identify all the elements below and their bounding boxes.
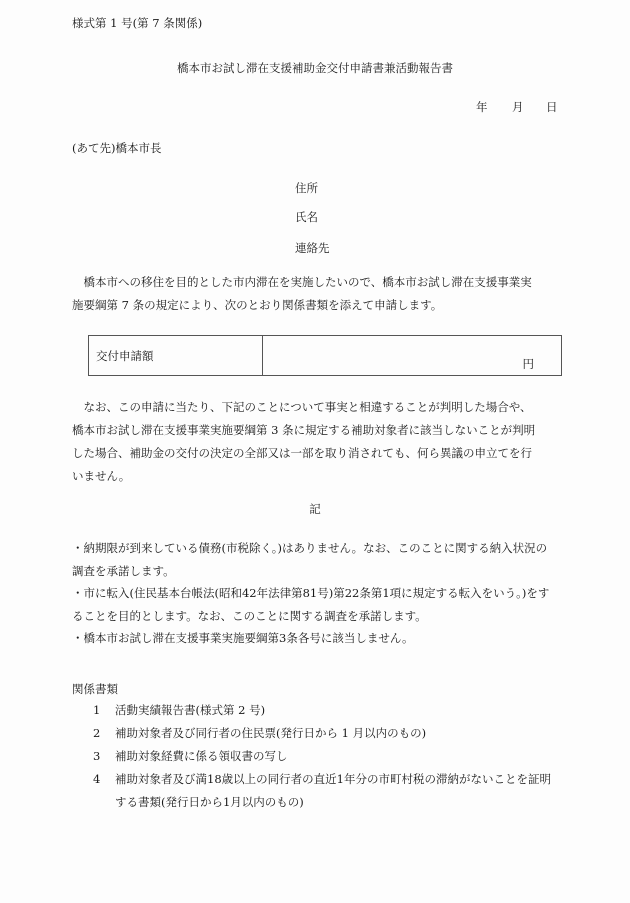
condition-line: ・納期限が到来している債務(市税除く。)はありません。なお、このことに関する納入… — [72, 537, 572, 560]
paragraph-line: 橋本市への移住を目的とした市内滞在を実施したいので、橋本市お試し滞在支援事業実 — [72, 271, 568, 294]
amount-label: 交付申請額 — [89, 336, 263, 375]
document-title: 橋本市お試し滞在支援補助金交付申請書兼活動報告書 — [0, 60, 630, 76]
amount-unit: 円 — [523, 356, 535, 372]
amount-value-field[interactable]: 円 — [263, 336, 561, 375]
item-text: 活動実績報告書(様式第 2 号) — [115, 699, 265, 722]
date-month-label: 月 — [512, 99, 546, 115]
applicant-contact-label: 連絡先 — [295, 240, 330, 256]
form-number: 様式第 1 号(第 7 条関係) — [72, 15, 202, 31]
item-number: 3 — [93, 745, 115, 768]
ki-heading: 記 — [0, 501, 630, 517]
list-item: 1 活動実績報告書(様式第 2 号) — [93, 699, 551, 722]
paragraph-line: なお、この申請に当たり、下記のことについて事実と相違することが判明した場合や、 — [72, 396, 568, 419]
item-text: 補助対象経費に係る領収書の写し — [115, 745, 288, 768]
date-day-label: 日 — [546, 99, 558, 115]
addressee: (あて先)橋本市長 — [72, 140, 161, 156]
list-item: 3 補助対象経費に係る領収書の写し — [93, 745, 551, 768]
item-number: 2 — [93, 722, 115, 745]
condition-line: ることを目的とします。なお、このことに関する調査を承諾します。 — [72, 605, 572, 628]
item-text: 補助対象者及び満18歳以上の同行者の直近1年分の市町村税の滞納がないことを証明 — [115, 768, 551, 791]
paragraph-line: いません。 — [72, 465, 568, 488]
item-number: 4 — [93, 768, 115, 814]
date-year-label: 年 — [476, 99, 512, 115]
item-text: 補助対象者及び同行者の住民票(発行日から 1 月以内のもの) — [115, 722, 426, 745]
list-item: 4 補助対象者及び満18歳以上の同行者の直近1年分の市町村税の滞納がないことを証… — [93, 768, 551, 814]
paragraph-line: 橋本市お試し滞在支援事業実施要綱第 3 条に規定する補助対象者に該当しないことが… — [72, 419, 568, 442]
paragraph-line: 施要綱第 7 条の規定により、次のとおり関係書類を添えて申請します。 — [72, 294, 568, 317]
item-number: 1 — [93, 699, 115, 722]
condition-line: 調査を承諾します。 — [72, 560, 572, 583]
applicant-address-label: 住所 — [295, 180, 318, 196]
conditions-list: ・納期限が到来している債務(市税除く。)はありません。なお、このことに関する納入… — [72, 537, 572, 650]
applicant-name-label: 氏名 — [295, 209, 318, 225]
intro-paragraph: 橋本市への移住を目的とした市内滞在を実施したいので、橋本市お試し滞在支援事業実 … — [72, 271, 568, 317]
date-line: 年月日 — [476, 99, 558, 115]
paragraph-line: した場合、補助金の交付の決定の全部又は一部を取り消されても、何ら異議の申立てを行 — [72, 442, 568, 465]
list-item: 2 補助対象者及び同行者の住民票(発行日から 1 月以内のもの) — [93, 722, 551, 745]
amount-table: 交付申請額 円 — [88, 335, 562, 376]
item-text: する書類(発行日から1月以内のもの) — [115, 791, 551, 814]
condition-line: ・橋本市お試し滞在支援事業実施要綱第3条各号に該当しません。 — [72, 627, 572, 650]
condition-line: ・市に転入(住民基本台帳法(昭和42年法律第81号)第22条第1項に規定する転入… — [72, 582, 572, 605]
declaration-paragraph: なお、この申請に当たり、下記のことについて事実と相違することが判明した場合や、 … — [72, 396, 568, 488]
related-documents-list: 1 活動実績報告書(様式第 2 号) 2 補助対象者及び同行者の住民票(発行日か… — [93, 699, 551, 814]
related-documents-heading: 関係書類 — [72, 681, 118, 697]
